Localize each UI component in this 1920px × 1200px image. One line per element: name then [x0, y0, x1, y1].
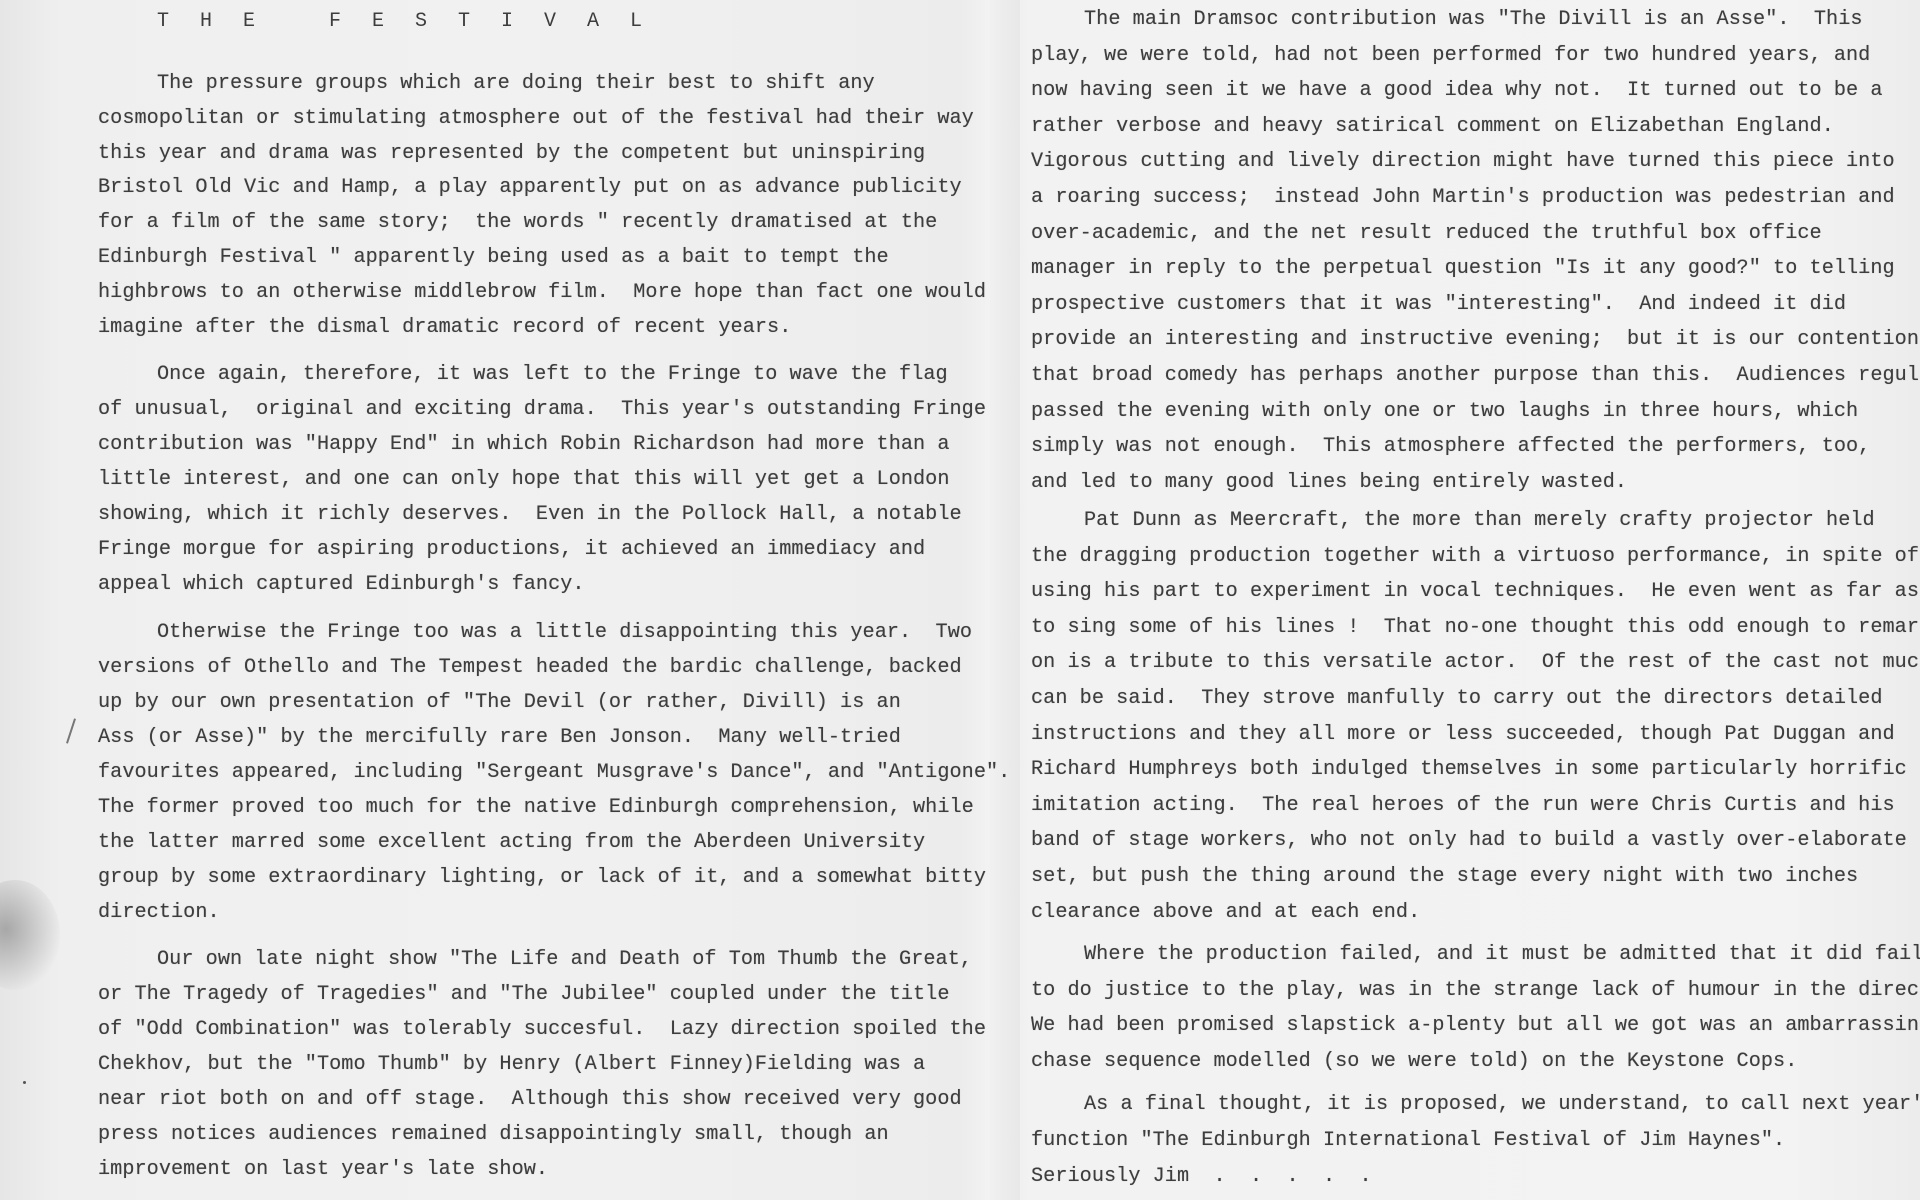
left-paragraph-4-line: of "Odd Combination" was tolerably succe…: [98, 1018, 986, 1042]
right-paragraph-1-line: Vigorous cutting and lively direction mi…: [1031, 150, 1895, 174]
right-paragraph-2-line: instructions and they all more or less s…: [1031, 723, 1895, 747]
left-paragraph-3-line: up by our own presentation of "The Devil…: [98, 691, 901, 715]
right-paragraph-1-line: now having seen it we have a good idea w…: [1031, 79, 1883, 103]
left-paragraph-4-line: near riot both on and off stage. Althoug…: [98, 1088, 962, 1112]
right-paragraph-2-line: set, but push the thing around the stage…: [1031, 865, 1858, 889]
left-paragraph-3-line: The former proved too much for the nativ…: [98, 796, 974, 820]
right-paragraph-2-line: using his part to experiment in vocal te…: [1031, 580, 1919, 604]
left-paragraph-4-line: Our own late night show "The Life and De…: [157, 948, 972, 972]
right-paragraph-2-line: band of stage workers, who not only had …: [1031, 829, 1907, 853]
left-paragraph-3-line: direction.: [98, 901, 220, 925]
right-paragraph-3-line: to do justice to the play, was in the st…: [1031, 979, 1920, 1003]
left-paragraph-4-line: press notices audiences remained disappo…: [98, 1123, 889, 1147]
right-paragraph-4-line: function "The Edinburgh International Fe…: [1031, 1129, 1785, 1153]
left-paragraph-1-line: highbrows to an otherwise middlebrow fil…: [98, 281, 986, 305]
right-paragraph-2-line: on is a tribute to this versatile actor.…: [1031, 651, 1920, 675]
left-paragraph-3-line: Otherwise the Fringe too was a little di…: [157, 621, 972, 645]
left-paragraph-1-line: Edinburgh Festival " apparently being us…: [98, 246, 889, 270]
right-paragraph-2-line: imitation acting. The real heroes of the…: [1031, 794, 1895, 818]
left-paragraph-2-line: Fringe morgue for aspiring productions, …: [98, 538, 925, 562]
left-paragraph-1-line: this year and drama was represented by t…: [98, 142, 925, 166]
ink-smudge: [0, 880, 60, 990]
left-paragraph-3-line: the latter marred some excellent acting …: [98, 831, 925, 855]
margin-pencil-mark: [66, 718, 76, 743]
left-paragraph-2-line: showing, which it richly deserves. Even …: [98, 503, 962, 527]
left-paragraph-4-line: improvement on last year's late show.: [98, 1158, 548, 1182]
left-paragraph-3-line: versions of Othello and The Tempest head…: [98, 656, 962, 680]
right-paragraph-1-line: manager in reply to the perpetual questi…: [1031, 257, 1895, 281]
right-paragraph-3-line: We had been promised slapstick a-plenty …: [1031, 1014, 1920, 1038]
right-paragraph-1-line: play, we were told, had not been perform…: [1031, 44, 1870, 68]
left-paragraph-1-line: for a film of the same story; the words …: [98, 211, 937, 235]
left-paragraph-1-line: imagine after the dismal dramatic record…: [98, 316, 791, 340]
right-paragraph-1-line: prospective customers that it was "inter…: [1031, 293, 1846, 317]
left-paragraph-3-line: Ass (or Asse)" by the mercifully rare Be…: [98, 726, 901, 750]
right-paragraph-2-line: clearance above and at each end.: [1031, 901, 1420, 925]
right-paragraph-1-line: and led to many good lines being entirel…: [1031, 471, 1627, 495]
right-paragraph-1-line: simply was not enough. This atmosphere a…: [1031, 435, 1870, 459]
right-paragraph-1-line: passed the evening with only one or two …: [1031, 400, 1858, 424]
left-paragraph-2-line: Once again, therefore, it was left to th…: [157, 363, 948, 387]
margin-dot: [23, 1081, 26, 1084]
left-paragraph-1-line: The pressure groups which are doing thei…: [157, 72, 875, 96]
right-paragraph-3-line: chase sequence modelled (so we were told…: [1031, 1050, 1797, 1074]
left-paragraph-1-line: Bristol Old Vic and Hamp, a play apparen…: [98, 176, 962, 200]
right-paragraph-1-line: rather verbose and heavy satirical comme…: [1031, 115, 1834, 139]
left-paragraph-2-line: contribution was "Happy End" in which Ro…: [98, 433, 950, 457]
right-paragraph-2-line: Richard Humphreys both indulged themselv…: [1031, 758, 1907, 782]
right-paragraph-1-line: The main Dramsoc contribution was "The D…: [1084, 8, 1863, 32]
right-paragraph-4-line: Seriously Jim . . . . .: [1031, 1165, 1372, 1189]
left-paragraph-2-line: little interest, and one can only hope t…: [98, 468, 950, 492]
left-paragraph-3-line: favourites appeared, including "Sergeant…: [98, 761, 1010, 785]
right-paragraph-1-line: over-academic, and the net result reduce…: [1031, 222, 1822, 246]
left-paragraph-4-line: Chekhov, but the "Tomo Thumb" by Henry (…: [98, 1053, 925, 1077]
left-paragraph-1-line: cosmopolitan or stimulating atmosphere o…: [98, 107, 974, 131]
right-paragraph-2-line: to sing some of his lines ! That no-one …: [1031, 616, 1920, 640]
right-paragraph-2-line: can be said. They strove manfully to car…: [1031, 687, 1883, 711]
page-title: T H E F E S T I V A L: [157, 10, 652, 33]
left-paragraph-3-line: group by some extraordinary lighting, or…: [98, 866, 986, 890]
right-paragraph-2-line: Pat Dunn as Meercraft, the more than mer…: [1084, 509, 1875, 533]
right-paragraph-1-line: that broad comedy has perhaps another pu…: [1031, 364, 1920, 388]
right-paragraph-4-line: As a final thought, it is proposed, we u…: [1084, 1093, 1920, 1117]
left-paragraph-4-line: or The Tragedy of Tragedies" and "The Ju…: [98, 983, 950, 1007]
left-paragraph-2-line: appeal which captured Edinburgh's fancy.: [98, 573, 585, 597]
right-paragraph-3-line: Where the production failed, and it must…: [1084, 943, 1920, 967]
right-paragraph-1-line: a roaring success; instead John Martin's…: [1031, 186, 1895, 210]
right-paragraph-2-line: the dragging production together with a …: [1031, 545, 1919, 569]
left-paragraph-2-line: of unusual, original and exciting drama.…: [98, 398, 986, 422]
right-paragraph-1-line: provide an interesting and instructive e…: [1031, 328, 1919, 352]
